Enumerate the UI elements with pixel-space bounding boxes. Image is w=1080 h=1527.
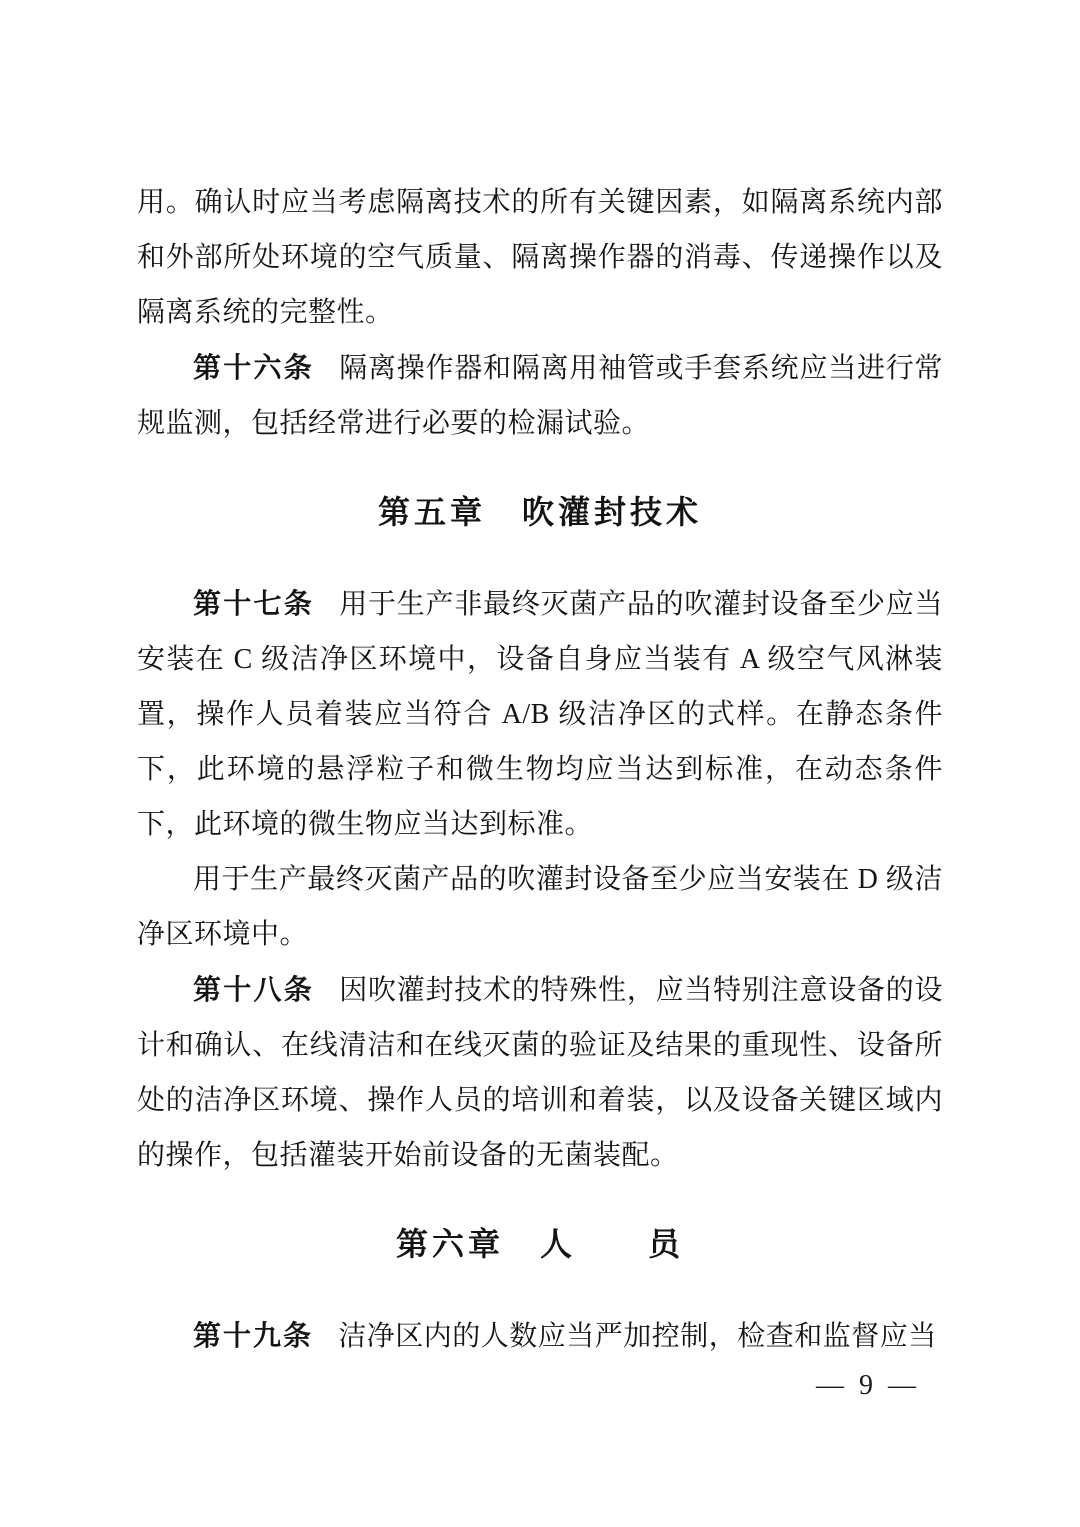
- article-19-paragraph: 第十九条洁净区内的人数应当严加控制，检查和监督应当: [137, 1308, 943, 1364]
- article-16-number: 第十六条: [193, 352, 314, 383]
- article-18-paragraph: 第十八条因吹灌封技术的特殊性，应当特别注意设备的设计和确认、在线清洁和在线灭菌的…: [137, 962, 943, 1183]
- article-18-number: 第十八条: [193, 974, 314, 1005]
- article-17-paragraph-2: 用于生产最终灭菌产品的吹灌封设备至少应当安装在 D 级洁净区环境中。: [137, 852, 943, 962]
- article-17-paragraph: 第十七条用于生产非最终灭菌产品的吹灌封设备至少应当安装在 C 级洁净区环境中，设…: [137, 576, 943, 852]
- article-19-text: 洁净区内的人数应当严加控制，检查和监督应当: [338, 1321, 937, 1352]
- document-page: 用。确认时应当考虑隔离技术的所有关键因素，如隔离系统内部和外部所处环境的空气质量…: [0, 0, 1080, 1527]
- article-19-number: 第十九条: [193, 1320, 313, 1351]
- article-17-number: 第十七条: [193, 588, 314, 619]
- page-number: — 9 —: [816, 1370, 920, 1402]
- chapter-6-heading: 第六章 人 员: [137, 1217, 943, 1272]
- paragraph-continuation: 用。确认时应当考虑隔离技术的所有关键因素，如隔离系统内部和外部所处环境的空气质量…: [137, 175, 943, 340]
- article-16-paragraph: 第十六条隔离操作器和隔离用袖管或手套系统应当进行常规监测，包括经常进行必要的检漏…: [137, 340, 943, 451]
- chapter-5-heading: 第五章 吹灌封技术: [137, 485, 943, 540]
- article-17-text: 用于生产非最终灭菌产品的吹灌封设备至少应当安装在 C 级洁净区环境中，设备自身应…: [137, 589, 943, 840]
- document-body: 用。确认时应当考虑隔离技术的所有关键因素，如隔离系统内部和外部所处环境的空气质量…: [137, 0, 943, 1364]
